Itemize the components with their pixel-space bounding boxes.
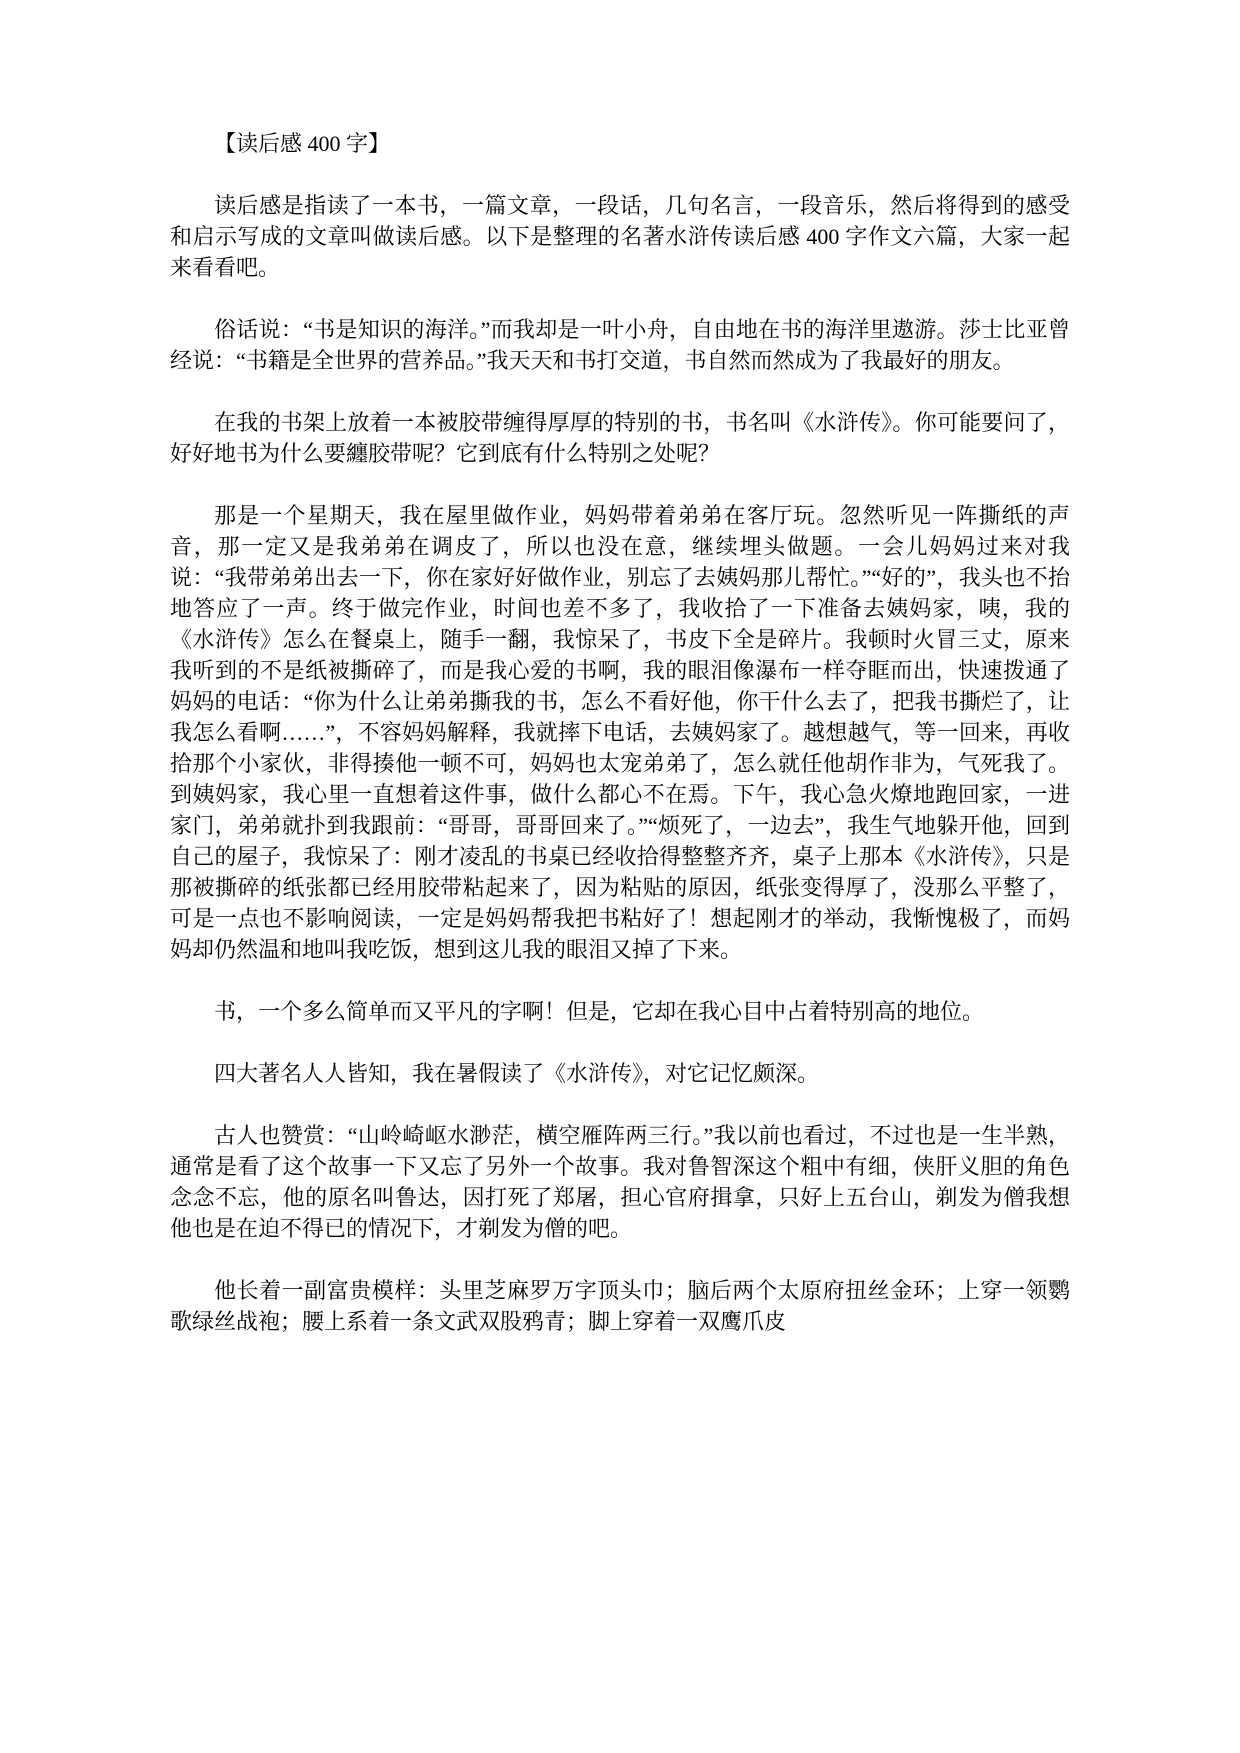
paragraph: 那是一个星期天，我在屋里做作业，妈妈带着弟弟在客厅玩。忽然听见一阵撕纸的声音，那… <box>170 500 1070 965</box>
page-title: 【读后感 400 字】 <box>170 128 1070 159</box>
paragraph: 在我的书架上放着一本被胶带缠得厚厚的特别的书，书名叫《水浒传》。你可能要问了，好… <box>170 407 1070 469</box>
paragraph: 读后感是指读了一本书，一篇文章，一段话，几句名言，一段音乐，然后将得到的感受和启… <box>170 190 1070 283</box>
document-page: 【读后感 400 字】 读后感是指读了一本书，一篇文章，一段话，几句名言，一段音… <box>0 0 1240 1753</box>
document-body: 读后感是指读了一本书，一篇文章，一段话，几句名言，一段音乐，然后将得到的感受和启… <box>170 190 1070 1337</box>
paragraph: 古人也赞赏：“山岭崎岖水渺茫，横空雁阵两三行。”我以前也看过，不过也是一生半熟，… <box>170 1120 1070 1244</box>
paragraph: 四大著名人人皆知，我在暑假读了《水浒传》，对它记忆颇深。 <box>170 1058 1070 1089</box>
paragraph: 他长着一副富贵模样：头里芝麻罗万字顶头巾；脑后两个太原府扭丝金环；上穿一领鹦歌绿… <box>170 1275 1070 1337</box>
paragraph: 书，一个多么简单而又平凡的字啊！但是，它却在我心目中占着特别高的地位。 <box>170 996 1070 1027</box>
paragraph: 俗话说：“书是知识的海洋。”而我却是一叶小舟，自由地在书的海洋里遨游。莎士比亚曾… <box>170 314 1070 376</box>
